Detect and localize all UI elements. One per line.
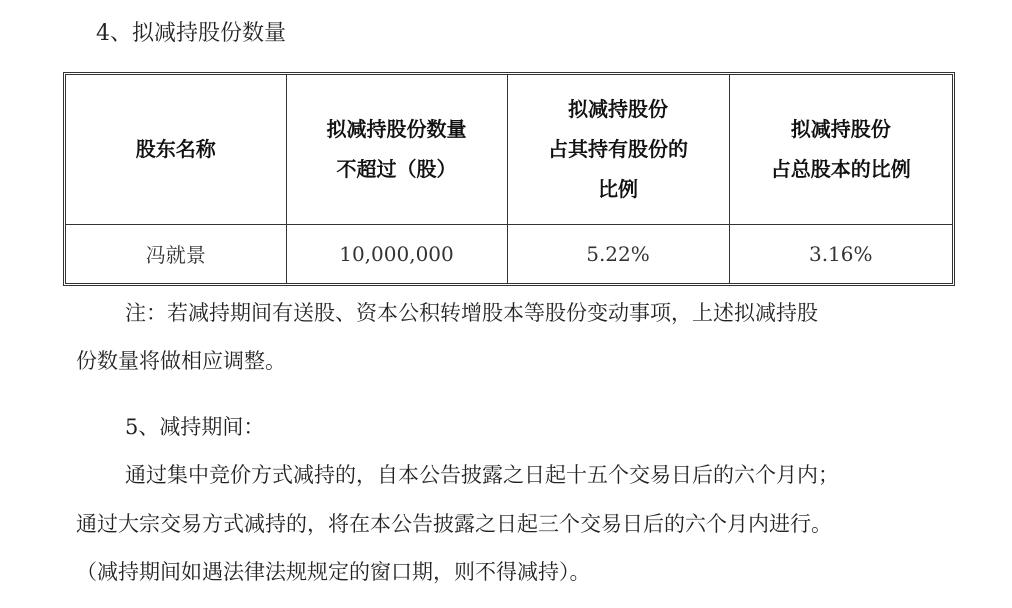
section-5-line-2: 通过大宗交易方式减持的，将在本公告披露之日起三个交易日后的六个月内进行。 bbox=[76, 508, 832, 538]
share-reduction-table: 股东名称 拟减持股份数量 不超过（股） 拟减持股份 占其持有股份的 比例 拟减持… bbox=[63, 72, 955, 286]
header-ratio-of-holdings: 拟减持股份 占其持有股份的 比例 bbox=[507, 75, 729, 224]
header-shareholder-name: 股东名称 bbox=[66, 75, 286, 224]
header-ratio-of-total-capital: 拟减持股份 占总股本的比例 bbox=[729, 75, 952, 224]
section-5-line-3: （减持期间如遇法律法规规定的窗口期，则不得减持）。 bbox=[76, 556, 591, 586]
header-planned-shares: 拟减持股份数量 不超过（股） bbox=[286, 75, 507, 224]
header-line: 拟减持股份 bbox=[508, 89, 729, 129]
header-line: 股东名称 bbox=[66, 129, 286, 169]
section-4-heading: 4、拟减持股份数量 bbox=[96, 16, 286, 47]
note-line-1: 注：若减持期间有送股、资本公积转增股本等股份变动事项，上述拟减持股 bbox=[125, 297, 818, 327]
header-line: 拟减持股份数量 bbox=[287, 109, 507, 149]
header-line: 比例 bbox=[508, 169, 729, 209]
table-header-row: 股东名称 拟减持股份数量 不超过（股） 拟减持股份 占其持有股份的 比例 拟减持… bbox=[66, 75, 952, 224]
header-line: 占其持有股份的 bbox=[508, 129, 729, 169]
header-line: 拟减持股份 bbox=[730, 109, 953, 149]
cell-planned-shares: 10,000,000 bbox=[286, 224, 507, 283]
cell-ratio-of-total-capital: 3.16% bbox=[729, 224, 952, 283]
header-line: 占总股本的比例 bbox=[730, 149, 953, 189]
section-5-heading: 5、减持期间： bbox=[125, 411, 264, 441]
header-line: 不超过（股） bbox=[287, 149, 507, 189]
note-line-2: 份数量将做相应调整。 bbox=[76, 345, 286, 375]
cell-shareholder-name: 冯就景 bbox=[66, 224, 286, 283]
table-row: 冯就景 10,000,000 5.22% 3.16% bbox=[66, 224, 952, 283]
section-5-line-1: 通过集中竞价方式减持的，自本公告披露之日起十五个交易日后的六个月内； bbox=[125, 459, 839, 489]
cell-ratio-of-holdings: 5.22% bbox=[507, 224, 729, 283]
